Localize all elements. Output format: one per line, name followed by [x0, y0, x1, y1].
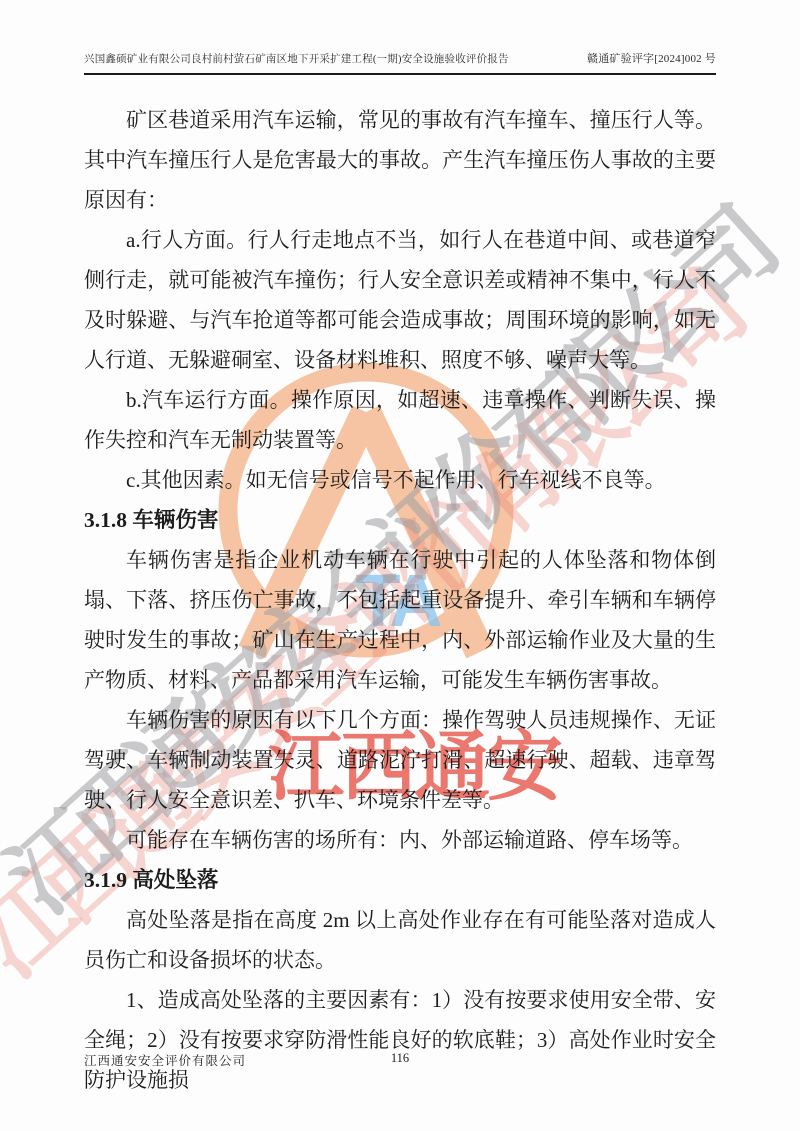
- paragraph: 矿区巷道采用汽车运输，常见的事故有汽车撞车、撞压行人等。其中汽车撞压行人是危害最…: [84, 100, 716, 220]
- document-body: 矿区巷道采用汽车运输，常见的事故有汽车撞车、撞压行人等。其中汽车撞压行人是危害最…: [84, 100, 716, 1100]
- report-page: TA 江西通安安全评价有限公司 江西通安安全评价有限公司 江西通安 兴国鑫硕矿业…: [0, 0, 800, 1131]
- paragraph: 可能存在车辆伤害的场所有：内、外部运输道路、停车场等。: [84, 820, 716, 860]
- section-heading-3-1-9: 3.1.9 高处坠落: [84, 860, 716, 900]
- paragraph: a.行人方面。行人行走地点不当，如行人在巷道中间、或巷道窄侧行走，就可能被汽车撞…: [84, 220, 716, 380]
- paragraph: 车辆伤害的原因有以下几个方面：操作驾驶人员违规操作、无证驾驶、车辆制动装置失灵、…: [84, 700, 716, 820]
- paragraph: 高处坠落是指在高度 2m 以上高处作业存在有可能坠落对造成人员伤亡和设备损坏的状…: [84, 900, 716, 980]
- paragraph: 1、造成高处坠落的主要因素有：1）没有按要求使用安全带、安全绳；2）没有按要求穿…: [84, 980, 716, 1100]
- header-document-number: 赣通矿验评字[2024]002 号: [587, 50, 716, 66]
- section-heading-3-1-8: 3.1.8 车辆伤害: [84, 500, 716, 540]
- header-report-title: 兴国鑫硕矿业有限公司良村前村萤石矿南区地下开采扩建工程(一期)安全设施验收评价报…: [84, 51, 509, 66]
- page-header: 兴国鑫硕矿业有限公司良村前村萤石矿南区地下开采扩建工程(一期)安全设施验收评价报…: [84, 50, 716, 75]
- paragraph: 车辆伤害是指企业机动车辆在行驶中引起的人体坠落和物体倒塌、下落、挤压伤亡事故，不…: [84, 540, 716, 700]
- paragraph: c.其他因素。如无信号或信号不起作用、行车视线不良等。: [84, 460, 716, 500]
- paragraph: b.汽车运行方面。操作原因，如超速、违章操作、判断失误、操作失控和汽车无制动装置…: [84, 380, 716, 460]
